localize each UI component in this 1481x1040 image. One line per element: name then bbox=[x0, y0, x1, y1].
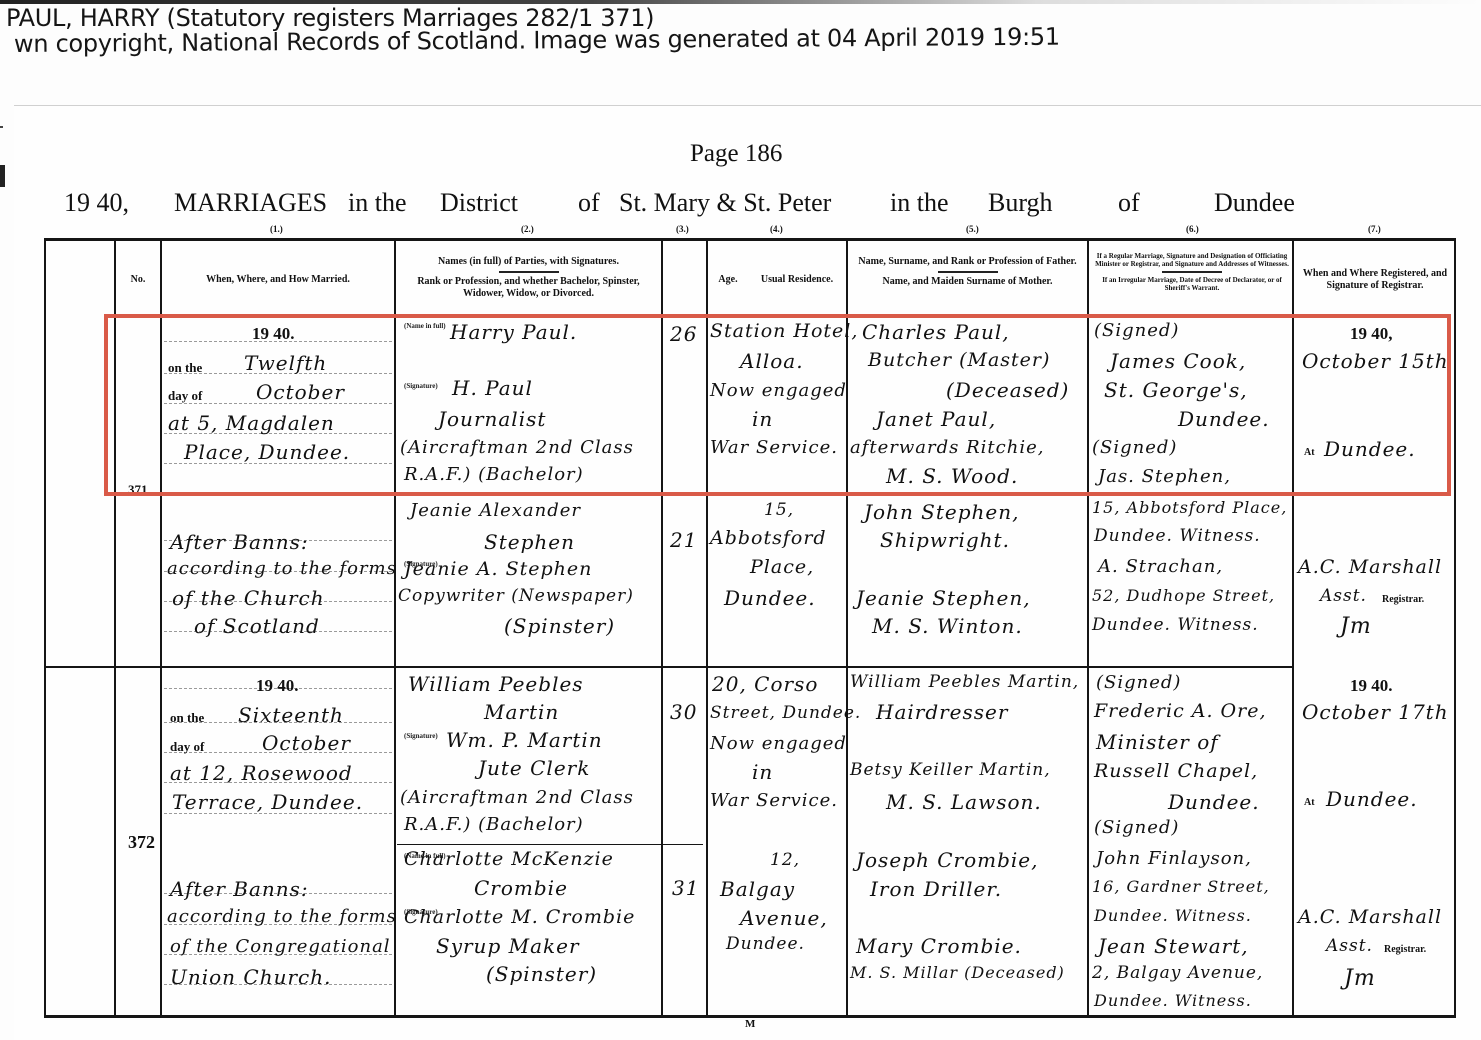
bride-residence: Place, bbox=[750, 556, 814, 578]
witness-name: A. Strachan, bbox=[1098, 556, 1223, 577]
column-number: (3.) bbox=[676, 224, 689, 234]
witness-address: 15, Abbotsford Place, bbox=[1092, 498, 1287, 517]
heading-text: of bbox=[1118, 188, 1140, 218]
bride-name: Crombie bbox=[474, 876, 568, 900]
officiant-line: Russell Chapel, bbox=[1094, 760, 1258, 782]
groom-mother-maiden: M. S. Lawson. bbox=[886, 790, 1042, 814]
header-no: No. bbox=[116, 274, 160, 286]
divider bbox=[938, 271, 998, 273]
groom-residence: in bbox=[752, 760, 773, 784]
groom-mother: Betsy Keiller Martin, bbox=[850, 760, 1051, 780]
groom-name: Martin bbox=[484, 700, 559, 724]
bride-mother-maiden: M. S. Millar (Deceased) bbox=[850, 963, 1065, 982]
registrar-signature: A.C. Marshall bbox=[1298, 906, 1442, 928]
marriage-how: of the Church bbox=[172, 586, 325, 610]
marriage-how: Union Church. bbox=[170, 965, 331, 989]
officiant-name: Frederic A. Ore, bbox=[1094, 700, 1267, 722]
rule bbox=[44, 238, 46, 1018]
bride-signature: Jeanie A. Stephen bbox=[404, 558, 592, 580]
entry-year: 19 40. bbox=[256, 676, 299, 696]
header-text: Names (in full) of Parties, with Signatu… bbox=[438, 256, 619, 267]
marriage-how: according to the forms bbox=[167, 906, 397, 927]
district-name: St. Mary & St. Peter bbox=[619, 188, 831, 218]
burgh-label: Burgh bbox=[988, 188, 1053, 218]
marriage-how: of the Congregational bbox=[170, 936, 391, 957]
rule bbox=[44, 666, 1294, 668]
bride-father: John Stephen, bbox=[864, 500, 1020, 524]
column-number: (4.) bbox=[770, 224, 783, 234]
edge-mark bbox=[0, 165, 5, 187]
bride-residence: Dundee. bbox=[726, 934, 805, 954]
header-names: Names (in full) of Parties, with Signatu… bbox=[396, 256, 661, 300]
column-number: (6.) bbox=[1186, 224, 1199, 234]
bride-age: 31 bbox=[672, 876, 699, 900]
bride-residence: Balgay bbox=[720, 877, 795, 901]
column-number: (5.) bbox=[966, 224, 979, 234]
witness-address: 2, Balgay Avenue, bbox=[1092, 963, 1263, 983]
groom-profession: Jute Clerk bbox=[478, 756, 590, 780]
bride-profession: Copywriter (Newspaper) bbox=[398, 586, 634, 606]
bride-age: 21 bbox=[670, 528, 697, 552]
marriage-how: of Scotland bbox=[194, 614, 320, 638]
divider bbox=[499, 271, 559, 273]
bride-name: Stephen bbox=[484, 530, 575, 554]
header-registered: When and Where Registered, and Signature… bbox=[1296, 268, 1454, 292]
groom-father-profession: Hairdresser bbox=[876, 700, 1008, 724]
marriage-place: at 12, Rosewood bbox=[170, 761, 353, 785]
registrar-signature: A.C. Marshall bbox=[1298, 556, 1442, 578]
label-at: At bbox=[1304, 797, 1315, 808]
register-title: MARRIAGES bbox=[174, 188, 327, 218]
rule bbox=[44, 238, 1456, 241]
officiant-line: (Signed) bbox=[1096, 672, 1181, 693]
registered-date: October 17th bbox=[1302, 700, 1449, 724]
marriage-month: October bbox=[262, 731, 351, 755]
registrar-asst: Asst. bbox=[1326, 936, 1373, 956]
marriage-how: according to the forms bbox=[167, 558, 397, 579]
witness-address: Dundee. Witness. bbox=[1094, 906, 1252, 925]
bride-mother: Jeanie Stephen, bbox=[856, 586, 1031, 610]
bride-father-profession: Iron Driller. bbox=[870, 877, 1002, 901]
label-on-the: on the bbox=[170, 710, 204, 726]
witness-name: John Finlayson, bbox=[1096, 848, 1252, 869]
district-label: District bbox=[440, 188, 518, 218]
bride-status: (Spinster) bbox=[486, 962, 597, 986]
header-age: Age. bbox=[708, 274, 748, 286]
rule bbox=[397, 844, 703, 845]
registered-place: Dundee. bbox=[1326, 787, 1418, 811]
copyright-line: wn copyright, National Records of Scotla… bbox=[14, 23, 1060, 58]
groom-age: 30 bbox=[670, 700, 697, 724]
label-registrar: Registrar. bbox=[1384, 944, 1426, 955]
registered-year: 19 40. bbox=[1350, 676, 1393, 696]
groom-signature: Wm. P. Martin bbox=[446, 728, 603, 752]
bride-mother-maiden: M. S. Winton. bbox=[872, 614, 1023, 638]
registrar-initials: Jm bbox=[1340, 614, 1372, 639]
marriage-place: Terrace, Dundee. bbox=[172, 790, 363, 814]
rule bbox=[1454, 238, 1456, 1018]
burgh-name: Dundee bbox=[1214, 188, 1295, 218]
header-officiant: If a Regular Marriage, Signature and Des… bbox=[1094, 252, 1290, 292]
witness-name: Jean Stewart, bbox=[1098, 934, 1249, 958]
registrar-asst: Asst. bbox=[1320, 586, 1367, 606]
divider bbox=[1162, 271, 1222, 273]
edge-mark bbox=[0, 126, 3, 128]
groom-father: William Peebles Martin, bbox=[850, 672, 1079, 692]
witness-address: Dundee. Witness. bbox=[1092, 615, 1259, 635]
groom-residence: 20, Corso bbox=[712, 672, 818, 696]
register-year: 19 40, bbox=[64, 188, 129, 218]
registrar-initials: Jm bbox=[1344, 966, 1376, 991]
label-registrar: Registrar. bbox=[1382, 594, 1424, 605]
header-text: Name, Surname, and Rank or Profession of… bbox=[858, 256, 1076, 267]
header-when-where: When, Where, and How Married. bbox=[162, 274, 394, 286]
officiant-line: Minister of bbox=[1096, 730, 1219, 754]
heading-text: in the bbox=[890, 188, 949, 218]
header-residence: Usual Residence. bbox=[748, 274, 846, 286]
bride-father: Joseph Crombie, bbox=[856, 848, 1038, 872]
header-parents: Name, Surname, and Rank or Profession of… bbox=[848, 256, 1087, 288]
officiant-line: Dundee. bbox=[1168, 790, 1260, 814]
groom-residence: Now engaged bbox=[710, 733, 847, 754]
header-text: If an Irregular Marriage, Date of Decree… bbox=[1102, 276, 1282, 292]
witness-address: Dundee. Witness. bbox=[1094, 526, 1261, 546]
bride-father-profession: Shipwright. bbox=[880, 528, 1010, 552]
header-text: If a Regular Marriage, Signature and Des… bbox=[1095, 252, 1289, 268]
bride-mother: Mary Crombie. bbox=[856, 934, 1022, 958]
bride-residence: 12, bbox=[770, 850, 800, 870]
column-number: (1.) bbox=[270, 224, 283, 234]
groom-rank: (Aircraftman 2nd Class bbox=[400, 787, 634, 808]
witness-address: 52, Dudhope Street, bbox=[1092, 586, 1275, 605]
marriage-day: Sixteenth bbox=[238, 703, 344, 727]
bride-residence: 15, bbox=[764, 500, 794, 520]
groom-status: R.A.F.) (Bachelor) bbox=[404, 814, 584, 835]
bride-name: Jeanie Alexander bbox=[410, 500, 581, 521]
bride-profession: Syrup Maker bbox=[436, 934, 580, 958]
label-signature: (Signature) bbox=[404, 732, 438, 740]
bride-residence: Abbotsford bbox=[710, 527, 827, 549]
groom-residence: War Service. bbox=[710, 790, 838, 811]
heading-text: in the bbox=[348, 188, 407, 218]
header-text: Name, and Maiden Surname of Mother. bbox=[883, 276, 1053, 287]
officiant-line: (Signed) bbox=[1094, 817, 1179, 838]
label-day-of: day of bbox=[170, 739, 204, 755]
column-number: (7.) bbox=[1368, 224, 1381, 234]
bride-status: (Spinster) bbox=[504, 614, 615, 638]
witness-address: 16, Gardner Street, bbox=[1092, 877, 1270, 896]
marriage-how: After Banns: bbox=[170, 877, 309, 901]
bride-residence: Avenue, bbox=[740, 906, 828, 930]
groom-name: William Peebles bbox=[408, 672, 584, 696]
witness-address: Dundee. Witness. bbox=[1094, 991, 1252, 1010]
register-heading: 19 40, MARRIAGES in the District of St. … bbox=[64, 188, 1444, 222]
column-number: (2.) bbox=[521, 224, 534, 234]
heading-text: of bbox=[578, 188, 600, 218]
marriage-how: After Banns: bbox=[170, 530, 309, 554]
groom-residence: Street, Dundee. bbox=[710, 703, 861, 723]
bride-name: Charlotte McKenzie bbox=[404, 848, 614, 870]
highlighted-entry-371[interactable] bbox=[104, 314, 1451, 496]
header-text: Rank or Profession, and whether Bachelor… bbox=[417, 276, 639, 299]
page-number: Page 186 bbox=[690, 140, 782, 168]
entry-number: 372 bbox=[128, 832, 155, 853]
footer-mark: M bbox=[745, 1018, 755, 1030]
bride-signature: Charlotte M. Crombie bbox=[404, 906, 635, 928]
bride-residence: Dundee. bbox=[724, 586, 816, 610]
